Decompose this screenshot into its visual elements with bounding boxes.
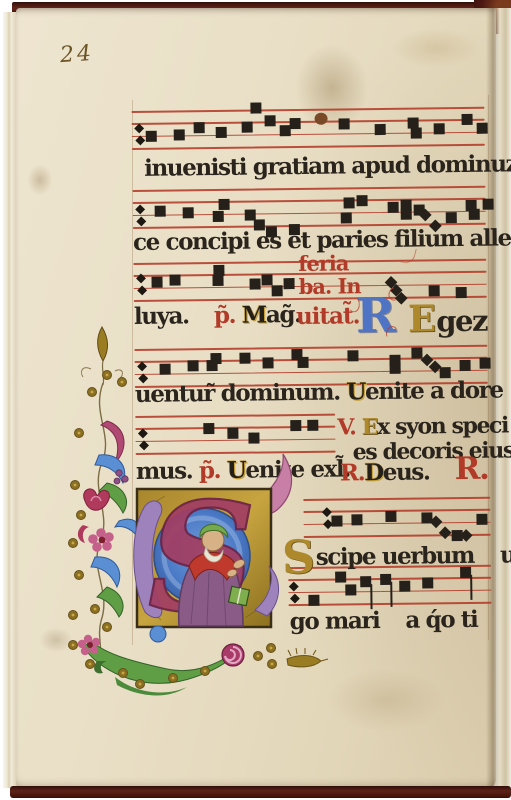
note-round <box>314 113 327 125</box>
note-square <box>434 123 445 134</box>
note-square <box>411 127 422 138</box>
staff-line <box>133 198 486 204</box>
responsory-sign: R. <box>454 451 488 487</box>
note-square <box>390 363 401 374</box>
versicle-line: V. Ex syon speci <box>337 414 508 438</box>
staff-line <box>132 144 485 150</box>
rosette-flower <box>88 528 114 552</box>
blue-bud <box>150 626 166 642</box>
staff-line <box>131 107 484 113</box>
responsory-line: R.Deus. R. <box>340 454 489 487</box>
note-square <box>284 278 295 289</box>
red-leaf <box>78 525 89 543</box>
note-square <box>183 207 194 218</box>
note-square <box>213 211 224 222</box>
note-square <box>341 212 352 223</box>
note-square <box>469 209 480 220</box>
note-square <box>250 102 261 113</box>
gold-letter-e: E <box>408 296 437 340</box>
note-square <box>476 514 487 525</box>
illuminated-border: S <box>55 325 350 715</box>
caterpillar-sprig <box>287 648 328 667</box>
note-square <box>146 131 157 142</box>
chant-text-line: inuenisti gratiam apud dominuz ec <box>144 152 511 180</box>
note-square <box>169 274 180 285</box>
rubric-invitatorium: ba. In <box>298 275 360 297</box>
green-leaf <box>97 587 123 617</box>
note-square <box>155 206 166 217</box>
gold-letter-e: E <box>362 414 378 440</box>
note-square <box>460 360 471 371</box>
note-square <box>216 127 227 138</box>
red-tulip <box>84 489 110 510</box>
note-square <box>375 124 386 135</box>
chant-text-line: Egez <box>408 300 487 338</box>
note-square <box>422 577 433 588</box>
note-square <box>388 202 399 213</box>
note-square <box>462 114 473 125</box>
note-square <box>479 358 490 369</box>
note-square <box>446 212 457 223</box>
manuscript-photo: 24 inuenisti gratiam apud dominuz ec ce … <box>0 0 511 800</box>
note-square <box>429 285 440 296</box>
note-square <box>174 129 185 140</box>
note-square <box>385 511 396 522</box>
music-notation <box>0 0 506 4</box>
note-square <box>351 514 362 525</box>
note-square <box>344 197 355 208</box>
note-square <box>242 122 253 133</box>
staff-line <box>132 119 485 125</box>
blue-leaf <box>91 557 120 587</box>
rubric-feria: feria <box>298 252 348 274</box>
note-square <box>339 118 350 129</box>
note-square <box>401 209 412 220</box>
note-square <box>357 195 368 206</box>
note-square <box>261 274 272 285</box>
note-square <box>483 199 494 210</box>
music-stave <box>131 107 484 150</box>
clef-mark <box>134 123 144 133</box>
note-square <box>212 275 223 286</box>
note-square <box>477 123 488 134</box>
note-square <box>399 581 410 592</box>
note-square <box>456 287 467 298</box>
clef-mark <box>136 216 146 226</box>
note-square <box>411 348 422 359</box>
note-square <box>272 285 283 296</box>
note-square <box>250 278 261 289</box>
historiated-initial-s: S <box>134 454 292 646</box>
music-stave <box>132 186 485 229</box>
clef-mark <box>135 204 145 214</box>
cadel-letter-d: D <box>364 459 383 486</box>
note-square <box>290 118 301 129</box>
leaf-finial-icon <box>81 327 122 385</box>
rosette-flower <box>78 635 100 655</box>
staff-line <box>132 186 485 192</box>
chant-text: inuenisti gratiam apud dominuz ec <box>144 150 511 182</box>
note-square <box>151 277 162 288</box>
note-square <box>265 115 276 126</box>
note-square <box>194 122 205 133</box>
note-square <box>219 199 230 210</box>
blue-lombardic-initial: R <box>356 292 396 340</box>
